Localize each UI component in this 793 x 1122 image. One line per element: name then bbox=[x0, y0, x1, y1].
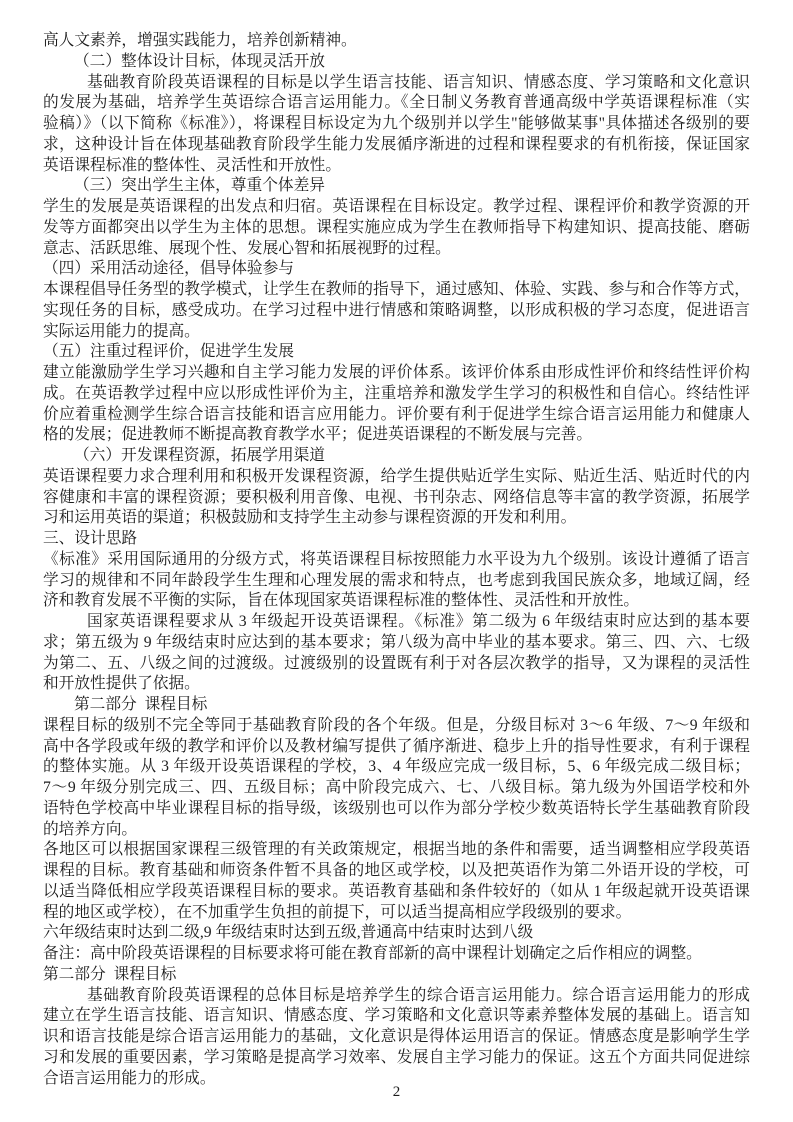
document-body: 高人文素养，增强实践能力，培养创新精神。（二）整体设计目标，体现灵活开放基础教育… bbox=[43, 31, 750, 1089]
text-line: 价应着重检测学生综合语言技能和语言应用能力。评价要有利于促进学生综合语言运用能力… bbox=[43, 405, 750, 426]
heading-line: 第二部分 课程目标 bbox=[43, 695, 750, 716]
heading-line: （二）整体设计目标，体现灵活开放 bbox=[43, 52, 750, 73]
text-line: 习和发展的重要因素，学习策略是提高学习效率、发展自主学习能力的保证。这五个方面共… bbox=[43, 1048, 750, 1069]
text-line: 备注：高中阶段英语课程的目标要求将可能在教育部新的高中课程计划确定之后作相应的调… bbox=[43, 944, 750, 965]
text-line: 以适当降低相应学段英语课程目标的要求。英语教育基础和条件较好的（如从 1 年级起… bbox=[43, 882, 750, 903]
heading-line: 第二部分 课程目标 bbox=[43, 965, 750, 986]
text-line: 课程目标的级别不完全等同于基础教育阶段的各个年级。但是，分级目标对 3～6 年级… bbox=[43, 716, 750, 737]
text-line: 求，这种设计旨在体现基础教育阶段学生能力发展循序渐进的过程和课程要求的有机衔接，… bbox=[43, 135, 750, 156]
text-line: 济和教育发展不平衡的实际，旨在体现国家英语课程标准的整体性、灵活性和开放性。 bbox=[43, 591, 750, 612]
text-line: 本课程倡导任务型的教学模式，让学生在教师的指导下，通过感知、体验、实践、参与和合… bbox=[43, 280, 750, 301]
heading-line: （三）突出学生主体，尊重个体差异 bbox=[43, 176, 750, 197]
text-line: 学习的规律和不同年龄段学生生理和心理发展的需求和特点，也考虑到我国民族众多，地域… bbox=[43, 571, 750, 592]
text-line: 程的地区或学校），在不加重学生负担的前提下，可以适当提高相应学段级别的要求。 bbox=[43, 903, 750, 924]
text-line: 的整体实施。从 3 年级开设英语课程的学校，3、4 年级应完成一级目标，5、6 … bbox=[43, 757, 750, 778]
heading-line: （五）注重过程评价，促进学生发展 bbox=[43, 342, 750, 363]
text-line: 基础教育阶段英语课程的目标是以学生语言技能、语言知识、情感态度、学习策略和文化意… bbox=[43, 73, 750, 94]
text-line: 发等方面都突出以学生为主体的思想。课程实施应成为学生在教师指导下构建知识、提高技… bbox=[43, 218, 750, 239]
text-line: 国家英语课程要求从 3 年级起开设英语课程。《标准》第二级为 6 年级结束时应达… bbox=[43, 612, 750, 633]
heading-line: （六）开发课程资源，拓展学用渠道 bbox=[43, 446, 750, 467]
text-line: 高中各学段或年级的教学和评价以及教材编写提供了循序渐进、稳步上升的指导性要求，有… bbox=[43, 737, 750, 758]
text-line: 和开放性提供了依据。 bbox=[43, 674, 750, 695]
text-line: 英语课程要力求合理利用和积极开发课程资源，给学生提供贴近学生实际、贴近生活、贴近… bbox=[43, 467, 750, 488]
text-line: 学生的发展是英语课程的出发点和归宿。英语课程在目标设定。教学过程、课程评价和教学… bbox=[43, 197, 750, 218]
text-line: 的培养方向。 bbox=[43, 820, 750, 841]
text-line: 求；第五级为 9 年级结束时应达到的基本要求；第八级为高中毕业的基本要求。第三、… bbox=[43, 633, 750, 654]
text-line: 基础教育阶段英语课程的总体目标是培养学生的综合语言运用能力。综合语言运用能力的形… bbox=[43, 986, 750, 1007]
text-line: 容健康和丰富的课程资源；要积极利用音像、电视、书刊杂志、网络信息等丰富的教学资源… bbox=[43, 488, 750, 509]
text-line: 语特色学校高中毕业课程目标的指导级，该级别也可以作为部分学校少数英语特长学生基础… bbox=[43, 799, 750, 820]
text-line: 为第二、五、八级之间的过渡级。过渡级别的设置既有利于对各层次教学的指导，又为课程… bbox=[43, 654, 750, 675]
heading-line: 三、设计思路 bbox=[43, 529, 750, 550]
text-line: 的发展为基础，培养学生英语综合语言运用能力。《全日制义务教育普通高级中学英语课程… bbox=[43, 93, 750, 114]
heading-line: （四）采用活动途径，倡导体验参与 bbox=[43, 259, 750, 280]
text-line: 高人文素养，增强实践能力，培养创新精神。 bbox=[43, 31, 750, 52]
text-line: 格的发展；促进教师不断提高教育教学水平；促进英语课程的不断发展与完善。 bbox=[43, 425, 750, 446]
text-line: 建立在学生语言技能、语言知识、情感态度、学习策略和文化意识等素养整体发展的基础上… bbox=[43, 1006, 750, 1027]
text-line: 7～9 年级分别完成三、四、五级目标；高中阶段完成六、七、八级目标。第九级为外国… bbox=[43, 778, 750, 799]
text-line: 意志、活跃思维、展现个性、发展心智和拓展视野的过程。 bbox=[43, 239, 750, 260]
text-line: 六年级结束时达到二级,9 年级结束时达到五级,普通高中结束时达到八级 bbox=[43, 923, 750, 944]
text-line: 各地区可以根据国家课程三级管理的有关政策规定，根据当地的条件和需要，适当调整相应… bbox=[43, 840, 750, 861]
text-line: 实现任务的目标，感受成功。在学习过程中进行情感和策略调整，以形成积极的学习态度，… bbox=[43, 301, 750, 322]
text-line: 识和语言技能是综合语言运用能力的基础，文化意识是得体运用语言的保证。情感态度是影… bbox=[43, 1027, 750, 1048]
text-line: 建立能激励学生学习兴趣和自主学习能力发展的评价体系。该评价体系由形成性评价和终结… bbox=[43, 363, 750, 384]
text-line: 实际运用能力的提高。 bbox=[43, 322, 750, 343]
text-line: 课程的目标。教育基础和师资条件暂不具备的地区或学校，以及把英语作为第二外语开设的… bbox=[43, 861, 750, 882]
text-line: 英语课程标准的整体性、灵活性和开放性。 bbox=[43, 156, 750, 177]
page-number: 2 bbox=[0, 1082, 793, 1102]
text-line: 成。在英语教学过程中应以形成性评价为主，注重培养和激发学生学习的积极性和自信心。… bbox=[43, 384, 750, 405]
text-line: 习和运用英语的渠道；积极鼓励和支持学生主动参与课程资源的开发和利用。 bbox=[43, 508, 750, 529]
text-line: 《标准》采用国际通用的分级方式，将英语课程目标按照能力水平设为九个级别。该设计遵… bbox=[43, 550, 750, 571]
text-line: 验稿）》（以下简称《标准》），将课程目标设定为九个级别并以学生"能够做某事"具体… bbox=[43, 114, 750, 135]
document-page: 高人文素养，增强实践能力，培养创新精神。（二）整体设计目标，体现灵活开放基础教育… bbox=[0, 0, 793, 1122]
